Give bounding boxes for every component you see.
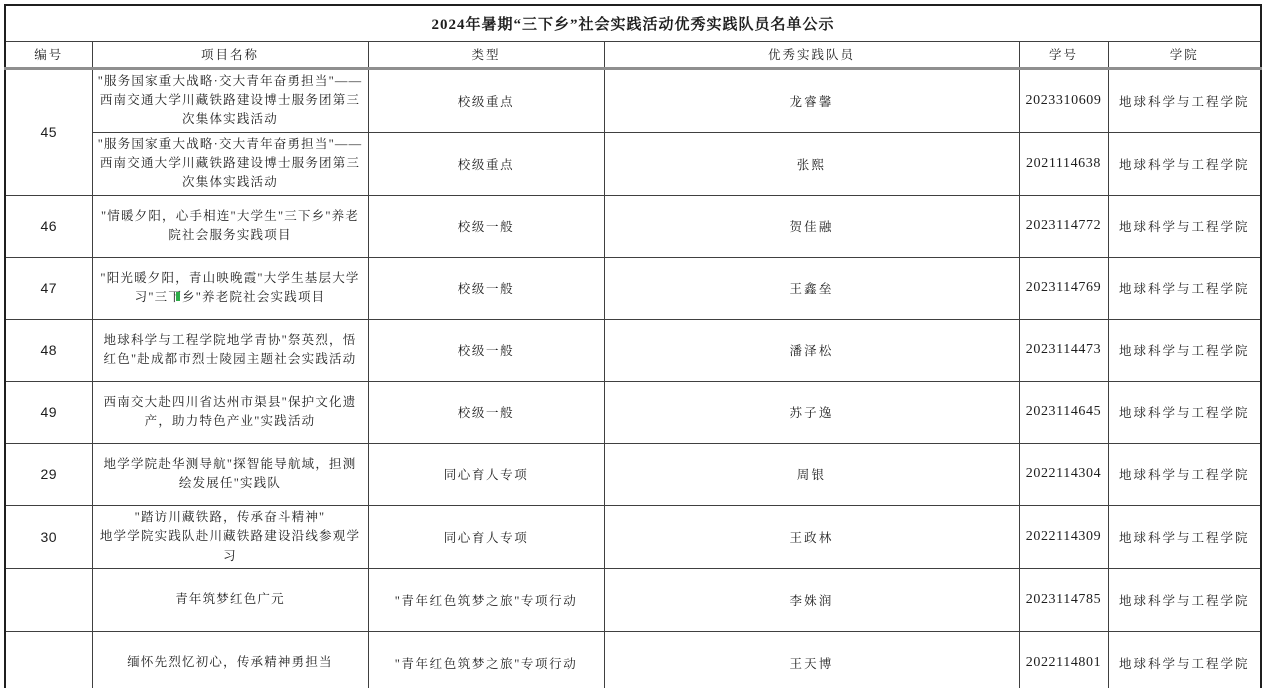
cell-member: 贺佳融: [604, 195, 1019, 257]
cell-member: 王政林: [604, 505, 1019, 568]
col-header-member: 优秀实践队员: [604, 41, 1019, 68]
cell-member: 李姝润: [604, 568, 1019, 631]
cell-project-name: "情暖夕阳，心手相连"大学生"三下乡"养老 院社会服务实践项目: [92, 195, 368, 257]
cell-project-name: "服务国家重大战略·交大青年奋勇担当"—— 西南交通大学川藏铁路建设博士服务团第…: [92, 132, 368, 195]
cell-project-name: "阳光暖夕阳，青山映晚霞"大学生基层大学 习"三下乡"养老院社会实践项目: [92, 257, 368, 319]
cell-student-id: 2023114772: [1019, 195, 1108, 257]
cell-type: 校级一般: [368, 319, 604, 381]
cell-type: 同心育人专项: [368, 505, 604, 568]
cell-college: 地球科学与工程学院: [1108, 381, 1261, 443]
cell-student-id: 2023310609: [1019, 68, 1108, 132]
cell-student-id: 2022114304: [1019, 443, 1108, 505]
page-title: 2024年暑期“三下乡”社会实践活动优秀实践队员名单公示: [5, 5, 1261, 41]
cell-serial: 29: [5, 443, 92, 505]
cell-student-id: 2023114769: [1019, 257, 1108, 319]
table-row: 29 地学学院赴华测导航"探智能导航域，担测 绘发展任"实践队 同心育人专项 周…: [5, 443, 1261, 505]
table-row: 47 "阳光暖夕阳，青山映晚霞"大学生基层大学 习"三下乡"养老院社会实践项目 …: [5, 257, 1261, 319]
col-header-serial: 编号: [5, 41, 92, 68]
title-row: 2024年暑期“三下乡”社会实践活动优秀实践队员名单公示: [5, 5, 1261, 41]
cell-project-name: 缅怀先烈忆初心，传承精神勇担当: [92, 631, 368, 688]
cell-serial: 48: [5, 319, 92, 381]
cell-project-name: 地学学院赴华测导航"探智能导航域，担测 绘发展任"实践队: [92, 443, 368, 505]
cell-member: 潘泽松: [604, 319, 1019, 381]
col-header-student-id: 学号: [1019, 41, 1108, 68]
column-header-row: 编号 项目名称 类型 优秀实践队员 学号 学院: [5, 41, 1261, 68]
cell-college: 地球科学与工程学院: [1108, 505, 1261, 568]
cell-college: 地球科学与工程学院: [1108, 631, 1261, 688]
cell-project-name: "踏访川藏铁路，传承奋斗精神" 地学学院实践队赴川藏铁路建设沿线参观学 习: [92, 505, 368, 568]
cell-serial: [5, 631, 92, 688]
cell-college: 地球科学与工程学院: [1108, 443, 1261, 505]
cell-member: 周银: [604, 443, 1019, 505]
cell-college: 地球科学与工程学院: [1108, 68, 1261, 132]
cell-project-name: 西南交大赴四川省达州市渠县"保护文化遗 产，助力特色产业"实践活动: [92, 381, 368, 443]
cell-member: 张熙: [604, 132, 1019, 195]
col-header-project: 项目名称: [92, 41, 368, 68]
cell-student-id: 2023114473: [1019, 319, 1108, 381]
practice-members-table: 2024年暑期“三下乡”社会实践活动优秀实践队员名单公示 编号 项目名称 类型 …: [4, 4, 1262, 688]
cell-type: 校级重点: [368, 132, 604, 195]
cell-member: 王鑫垒: [604, 257, 1019, 319]
cell-serial: 30: [5, 505, 92, 568]
cell-college: 地球科学与工程学院: [1108, 132, 1261, 195]
cell-student-id: 2022114801: [1019, 631, 1108, 688]
cell-serial: 46: [5, 195, 92, 257]
table-row: 48 地球科学与工程学院地学青协"祭英烈，悟 红色"赴成都市烈士陵园主题社会实践…: [5, 319, 1261, 381]
cell-project-name: "服务国家重大战略·交大青年奋勇担当"—— 西南交通大学川藏铁路建设博士服务团第…: [92, 68, 368, 132]
cell-serial: [5, 568, 92, 631]
cell-student-id: 2023114645: [1019, 381, 1108, 443]
cell-college: 地球科学与工程学院: [1108, 257, 1261, 319]
cell-student-id: 2021114638: [1019, 132, 1108, 195]
table-row: 49 西南交大赴四川省达州市渠县"保护文化遗 产，助力特色产业"实践活动 校级一…: [5, 381, 1261, 443]
cell-member: 苏子逸: [604, 381, 1019, 443]
cell-serial: 47: [5, 257, 92, 319]
cell-type: 同心育人专项: [368, 443, 604, 505]
cell-student-id: 2022114309: [1019, 505, 1108, 568]
cell-serial: 45: [5, 68, 92, 195]
cell-college: 地球科学与工程学院: [1108, 319, 1261, 381]
table-row: "服务国家重大战略·交大青年奋勇担当"—— 西南交通大学川藏铁路建设博士服务团第…: [5, 132, 1261, 195]
cell-type: 校级一般: [368, 257, 604, 319]
cell-type: 校级一般: [368, 195, 604, 257]
cell-serial: 49: [5, 381, 92, 443]
cell-college: 地球科学与工程学院: [1108, 195, 1261, 257]
cell-member: 王天博: [604, 631, 1019, 688]
cell-project-name: 地球科学与工程学院地学青协"祭英烈，悟 红色"赴成都市烈士陵园主题社会实践活动: [92, 319, 368, 381]
table-row: 青年筑梦红色广元 "青年红色筑梦之旅"专项行动 李姝润 2023114785 地…: [5, 568, 1261, 631]
table-row: 46 "情暖夕阳，心手相连"大学生"三下乡"养老 院社会服务实践项目 校级一般 …: [5, 195, 1261, 257]
table-row: 45 "服务国家重大战略·交大青年奋勇担当"—— 西南交通大学川藏铁路建设博士服…: [5, 68, 1261, 132]
table-row: 缅怀先烈忆初心，传承精神勇担当 "青年红色筑梦之旅"专项行动 王天博 20221…: [5, 631, 1261, 688]
col-header-type: 类型: [368, 41, 604, 68]
notice-sheet-page: 2024年暑期“三下乡”社会实践活动优秀实践队员名单公示 编号 项目名称 类型 …: [0, 0, 1264, 688]
green-artifact-mark: [176, 292, 180, 301]
cell-project-name: 青年筑梦红色广元: [92, 568, 368, 631]
col-header-college: 学院: [1108, 41, 1261, 68]
cell-student-id: 2023114785: [1019, 568, 1108, 631]
cell-college: 地球科学与工程学院: [1108, 568, 1261, 631]
cell-type: 校级重点: [368, 68, 604, 132]
cell-type: 校级一般: [368, 381, 604, 443]
cell-type: "青年红色筑梦之旅"专项行动: [368, 631, 604, 688]
cell-member: 龙睿馨: [604, 68, 1019, 132]
cell-type: "青年红色筑梦之旅"专项行动: [368, 568, 604, 631]
table-row: 30 "踏访川藏铁路，传承奋斗精神" 地学学院实践队赴川藏铁路建设沿线参观学 习…: [5, 505, 1261, 568]
